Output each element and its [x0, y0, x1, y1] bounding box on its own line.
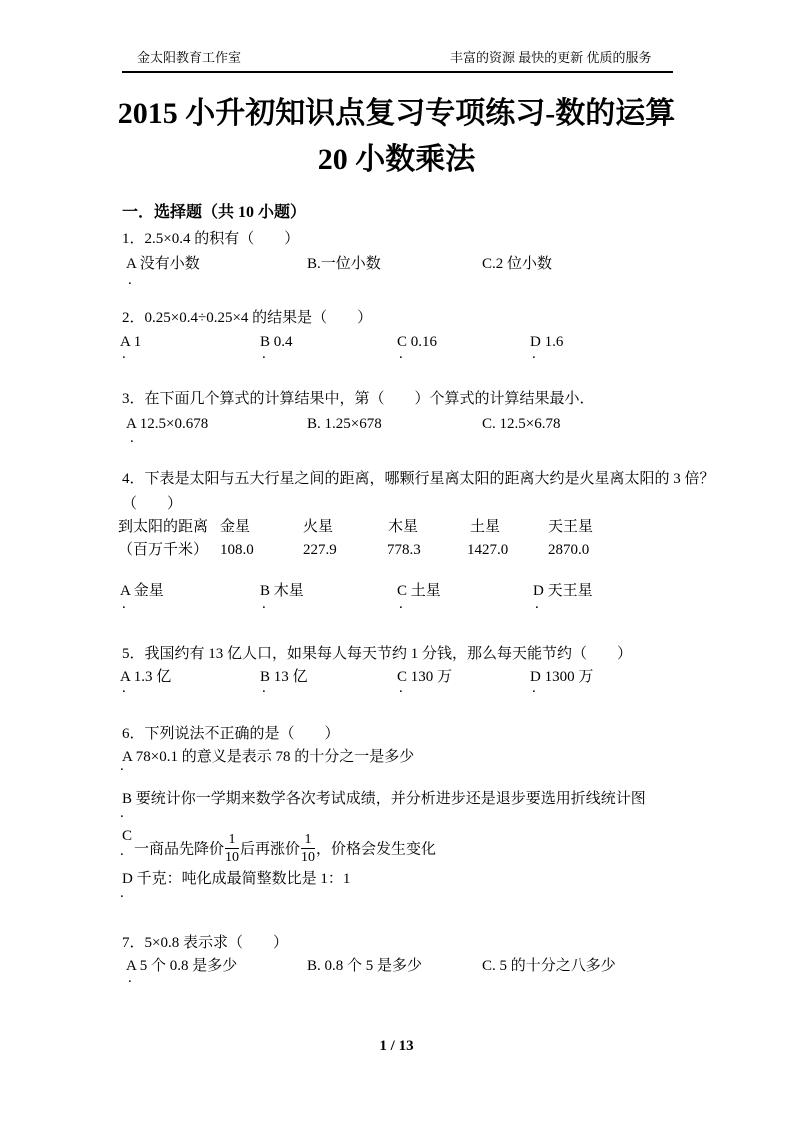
planet-col-saturn: 土星: [470, 517, 500, 537]
question-1-options: A 没有小数 B.一位小数 C.2 位小数: [0, 254, 793, 274]
q4-dot-d: .: [535, 594, 539, 614]
fraction-denominator: 10: [301, 849, 315, 865]
fraction-one-tenth: 110: [225, 833, 239, 865]
planet-col-venus: 金星: [220, 517, 250, 537]
planet-table-label-line1: 到太阳的距离: [118, 517, 208, 537]
q3-option-a: A 12.5×0.678: [126, 414, 208, 434]
planet-value-jupiter: 778.3: [387, 540, 421, 560]
q4-dot-a: .: [122, 594, 126, 614]
q6-c-post: ，价格会发生变化: [316, 841, 436, 857]
document-page: 金太阳教育工作室 丰富的资源 最快的更新 优质的服务 2015 小升初知识点复习…: [0, 0, 793, 1122]
planet-value-uranus: 2870.0: [548, 540, 589, 560]
planet-col-uranus: 天王星: [548, 517, 593, 537]
question-1-text: 1．2.5×0.4 的积有（ ）: [122, 229, 299, 249]
q1-answer-dot: .: [128, 270, 132, 290]
q6-statement-a: A 78×0.1 的意义是表示 78 的十分之一是多少: [122, 747, 414, 767]
question-4-text-line2: （ ）: [122, 494, 182, 514]
q6-dot-a: .: [120, 756, 124, 776]
q7-option-c: C. 5 的十分之八多少: [482, 956, 616, 976]
question-6-text: 6．下列说法不正确的是（ ）: [122, 724, 340, 744]
q4-dot-b: .: [262, 594, 266, 614]
question-7-options: A 5 个 0.8 是多少 B. 0.8 个 5 是多少 C. 5 的十分之八多…: [0, 956, 793, 976]
question-3-options: A 12.5×0.678 B. 1.25×678 C. 12.5×6.78: [0, 414, 793, 434]
planet-table-label-line2: （百万千米）: [118, 540, 208, 560]
q1-option-c: C.2 位小数: [482, 254, 552, 274]
q3-answer-dot: .: [130, 428, 134, 448]
q3-option-b: B. 1.25×678: [307, 414, 382, 434]
q2-dot-d: .: [532, 344, 536, 364]
q1-option-b: B.一位小数: [307, 254, 381, 274]
planet-table-value-row: （百万千米） 108.0 227.9 778.3 1427.0 2870.0: [0, 540, 793, 560]
q5-dot-a: .: [122, 678, 126, 698]
q6-statement-d: D 千克：吨化成最简整数比是 1：1: [122, 869, 350, 889]
q5-dot-d: .: [532, 678, 536, 698]
question-5-dots: . . . .: [0, 678, 793, 698]
planet-col-jupiter: 木星: [388, 517, 418, 537]
section-heading: 一．选择题（共 10 小题）: [122, 203, 306, 223]
page-title-line1: 2015 小升初知识点复习专项练习-数的运算: [0, 95, 793, 133]
fraction-one-tenth: 110: [301, 833, 315, 865]
q2-dot-c: .: [399, 344, 403, 364]
header-right-text: 丰富的资源 最快的更新 优质的服务: [450, 49, 652, 66]
q5-dot-c: .: [399, 678, 403, 698]
header-left-text: 金太阳教育工作室: [137, 49, 241, 66]
q6-dot-d: .: [120, 883, 124, 903]
q2-dot-a: .: [122, 344, 126, 364]
header-divider: [122, 71, 673, 73]
question-4-dots: . . . .: [0, 594, 793, 614]
q6-dot-b: .: [120, 803, 124, 823]
planet-value-venus: 108.0: [220, 540, 254, 560]
q6-dot-c: .: [120, 841, 124, 861]
q6-c-mid: 后再涨价: [240, 841, 300, 857]
q4-dot-c: .: [399, 594, 403, 614]
question-2-text: 2．0.25×0.4÷0.25×4 的结果是（ ）: [122, 308, 372, 328]
q7-answer-dot: .: [128, 968, 132, 988]
question-2-dots: . . . .: [0, 344, 793, 364]
q7-option-a: A 5 个 0.8 是多少: [126, 956, 237, 976]
page-number: 1 / 13: [0, 1038, 793, 1055]
fraction-denominator: 10: [225, 849, 239, 865]
planet-value-mars: 227.9: [303, 540, 337, 560]
q6-statement-c: 一商品先降价110后再涨价110，价格会发生变化: [134, 834, 436, 866]
q5-dot-b: .: [262, 678, 266, 698]
planet-table-header-row: 到太阳的距离 金星 火星 木星 土星 天王星: [0, 517, 793, 537]
fraction-numerator: 1: [225, 833, 239, 849]
question-7-text: 7．5×0.8 表示求（ ）: [122, 933, 288, 953]
q3-option-c: C. 12.5×6.78: [482, 414, 560, 434]
question-5-text: 5．我国约有 13 亿人口，如果每人每天节约 1 分钱，那么每天能节约（ ）: [122, 644, 632, 664]
q2-dot-b: .: [262, 344, 266, 364]
planet-value-saturn: 1427.0: [467, 540, 508, 560]
q6-c-pre: 一商品先降价: [134, 841, 224, 857]
q6-statement-b: B 要统计你一学期来数学各次考试成绩，并分析进步还是退步要选用折线统计图: [122, 789, 646, 809]
question-4-text-line1: 4．下表是太阳与五大行星之间的距离，哪颗行星离太阳的距离大约是火星离太阳的 3 …: [122, 469, 715, 489]
q1-option-a: A 没有小数: [126, 254, 200, 274]
planet-col-mars: 火星: [303, 517, 333, 537]
question-3-text: 3．在下面几个算式的计算结果中，第（ ）个算式的计算结果最小．: [122, 389, 595, 409]
page-title-line2: 20 小数乘法: [0, 141, 793, 179]
fraction-numerator: 1: [301, 833, 315, 849]
q7-option-b: B. 0.8 个 5 是多少: [307, 956, 422, 976]
